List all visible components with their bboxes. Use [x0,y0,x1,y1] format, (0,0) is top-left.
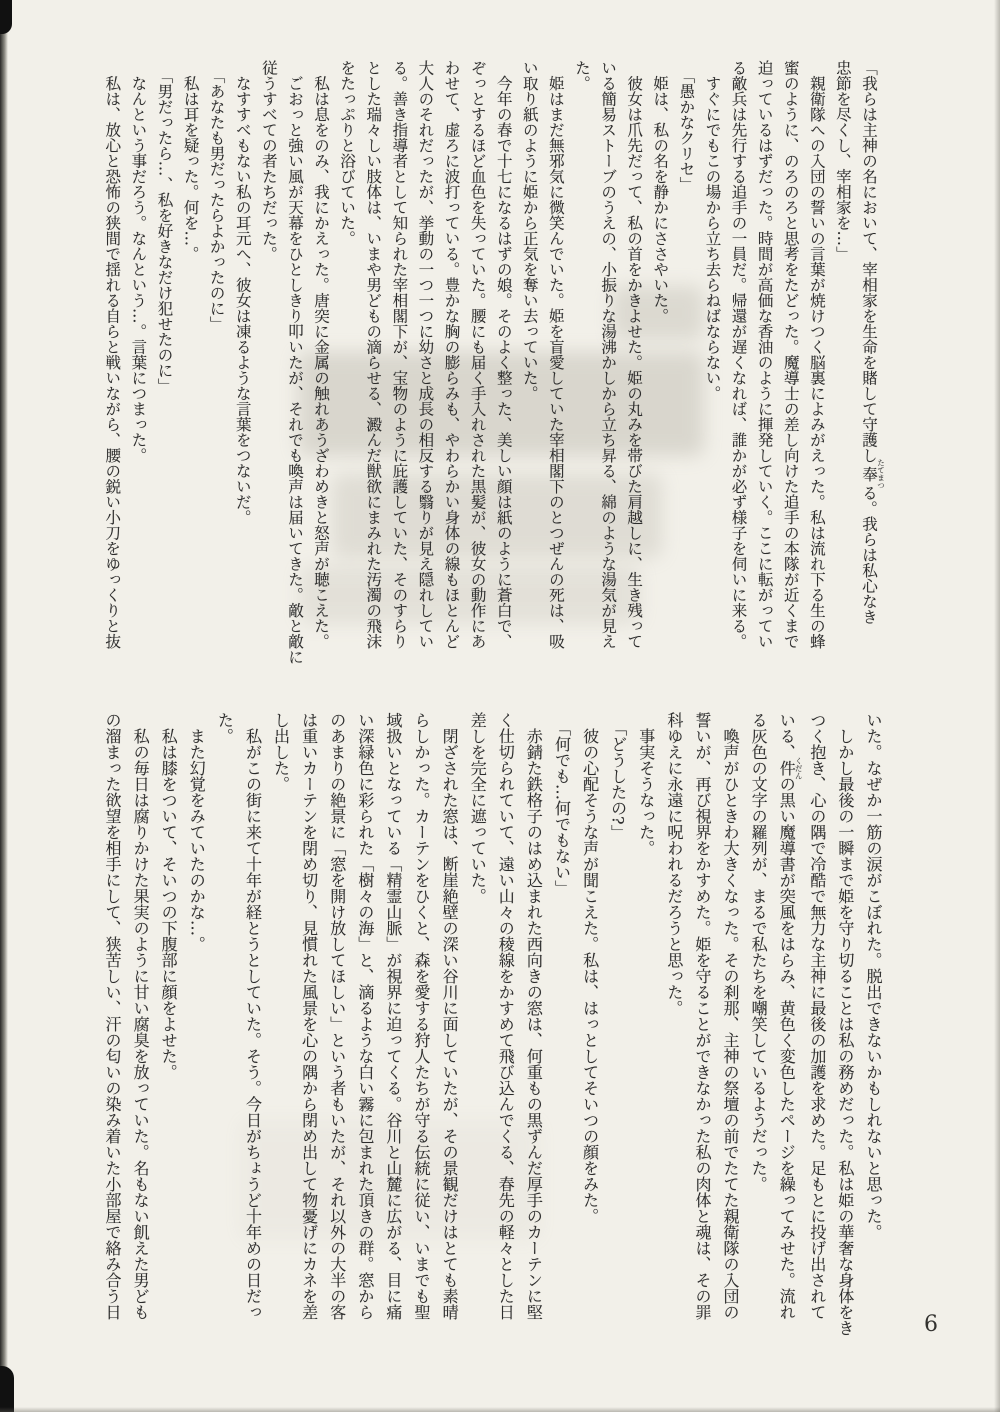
text-column: 私がこの街に来て十年が経とうとしていた。そう。今日がちょうど十年めの日だっ [238,712,266,1346]
text-column: し出した。 [266,712,294,1346]
text-block-bottom: いた。なぜか一筋の涙がこぼれた。脱出できないかもしれないと思った。 しかし最後の… [99,712,887,1346]
text-column: る灰色の文字の羅列が、まるで私たちを嘲笑しているようだった。 [744,712,772,1346]
text-column: のあまりの絶景に「窓を開け放してほしい」という者もいたが、それ以外の大半の客 [323,712,351,1346]
text-column: い深緑色に彩られた「樹々の海」と、滴るような白い霧に包まれた頂きの群。窓から [351,712,379,1346]
scan-edge-right [994,0,1000,1412]
text-column: 今年の春で十七になるはずの娘。そのよく整った、美しい顔は紙のように蒼白で、 [491,60,517,676]
text-column: 私は、放心と恐怖の狭間で揺れる自らと戦いながら、腰の鋭い小刀をゆっくりと抜 [101,60,125,676]
text-column: 従うすべての者たちだった。 [256,60,282,676]
text-column: 姫はまだ無邪気に微笑んでいた。姫を盲愛していた宰相閣下のとつぜんの死は、吸 [543,60,569,676]
scan-corner-top-left [0,0,12,34]
text-column: をたっぷりと浴びていた。 [334,60,360,676]
text-column: 喚声がひときわ大きくなった。その刹那、主神の祭壇の前でたてた親衛隊の入団の [716,712,744,1346]
text-column: の溜まった欲望を相手にして、狭苦しい、汗の匂いの染み着いた小部屋で絡み合う日 [99,712,126,1346]
text-column: なすすべもない私の耳元へ、彼女は凍るような言葉をつないだ。 [230,60,256,676]
text-column: ぞっとするほど血色を失っていた。腰にも届く手入れされた黒髪が、彼女の動作にあ [465,60,491,676]
text-column: また幻覚をみていたのかな…。 [182,712,210,1346]
text-column: いた。なぜか一筋の涙がこぼれた。脱出できないかもしれないと思った。 [859,712,887,1346]
text-column: 私の毎日は腐りかけた果実のように甘い腐臭を放っていた。名もない飢えた男ども [126,712,154,1346]
scan-edge-bottom [0,1407,1000,1412]
text-column: とした瑞々しい肢体は、いまや男どもの滴らせる、澱んだ獣欲にまみれた汚濁の飛沫 [360,60,386,676]
text-column: 親衛隊への入団の誓いの言葉が焼けつく脳裏によみがえった。私は流れ下る生の蜂 [804,60,830,676]
text-column: 「我らは主神の名において、宰相家を生命を賭して守護し奉たてまつる。我らは私心なき [856,60,885,676]
page-number: 6 [924,1312,938,1337]
text-column: らしかった。カーテンをひくと、森を愛する狩人たちが守る伝統に従い、いまでも聖 [407,712,435,1346]
text-column: 「何でも…何でもない」 [547,712,575,1346]
scan-edge-left [0,0,8,1412]
text-column: 迫っているはずだった。時間が高価な香油のように揮発していく。ここに転がってい [752,60,778,676]
text-block-top: 「我らは主神の名において、宰相家を生命を賭して守護し奉たてまつる。我らは私心なき… [101,60,885,676]
text-column: 赤錆た鉄格子のはめ込まれた西向きの窓は、何重もの黒ずんだ厚手のカーテンに堅 [519,712,547,1346]
text-column: 彼女は爪先だって、私の首をかきよせた。姫の丸みを帯びた肩越しに、生き残って [621,60,647,676]
text-column: ごおっと強い風が天幕をひとしきり叩いたが、それでも喚声は届いてきた。敵と敵に [282,60,308,676]
text-column: わせて、虚ろに波打っている。豊かな胸の膨らみも、やわらかい身体の線もほとんど [438,60,464,676]
text-column: 「あなたも男だったらよかったのに」 [204,60,230,676]
text-column: 私は息をのみ、我にかえった。唐突に金属の触れあうざわめきと怒声が聴こえた。 [308,60,334,676]
text-column: しかし最後の一瞬まで姫を守り切ることは私の務めだった。私は姫の華奢な身体をき [831,712,859,1346]
text-column: いる簡易ストーブのうえの、小振りな湯沸かしから立ち昇る、綿のような湯気が見え [595,60,621,676]
text-column: 差しを完全に遮っていた。 [463,712,491,1346]
text-column: い取り紙のように姫から正気を奪い去っていた。 [517,60,543,676]
text-column: く仕切られていて、遠い山々の稜線をかすめて飛び込んでくる、春先の軽々とした日 [491,712,519,1346]
text-column: すぐにでもこの場から立ち去らねばならない。 [699,60,725,676]
text-column: 科ゆえに永遠に呪われるだろうと思った。 [660,712,688,1346]
text-column: 事実そうなった。 [632,712,660,1346]
text-column: 「愚かなクリセ」 [673,60,699,676]
text-column: 蜜のように、のろのろと思考をたどった。魔導士の差し向けた追手の本隊が近くまで [778,60,804,676]
text-column: は重いカーテンを閉め切り、見慣れた風景を心の隅から閉め出して物憂げにカネを差 [295,712,323,1346]
text-column: なんという事だろう。なんという…。言葉につまった。 [125,60,151,676]
text-column: る敵兵は先行する追手の一員だ。帰還が遅くなれば、誰かが必ず様子を伺いに来る。 [725,60,751,676]
text-column: 私は耳を疑った。何を…。 [177,60,203,676]
text-column: 姫は、私の名を静かにささやいた。 [647,60,673,676]
text-column: 閉ざされた窓は、断崖絶壁の深い谷川に面していたが、その景観だけはとても素晴 [435,712,463,1346]
text-column: た。 [569,60,595,676]
scan-corner-bottom-left [0,1366,14,1412]
text-column: る。善き指導者として知られた宰相閣下が、宝物のように庇護していた、そのすらり [386,60,412,676]
text-column: 私は膝をついて、そいつの下腹部に顔をよせた。 [154,712,182,1346]
text-column: 域扱いとなっている「精霊山脈」が視界に迫ってくる。谷川と山麓に広がる、目に痛 [379,712,407,1346]
text-column: 大人のそれだったが、挙動の一つ一つに幼さと成長の相反する翳りが見え隠れしてい [412,60,438,676]
text-column: た。 [210,712,238,1346]
scanned-page: 「我らは主神の名において、宰相家を生命を賭して守護し奉たてまつる。我らは私心なき… [0,0,1000,1412]
text-column: つく抱き、心の隅で冷酷で無力な主神に最後の加護を求めた。足もとに投げ出されて [803,712,831,1346]
text-column: 彼の心配そうな声が聞こえた。私は、はっとしてそいつの顔をみた。 [575,712,603,1346]
text-column: 「男だったら…、私を好きなだけ犯せたのに」 [151,60,177,676]
text-column: 「どうしたの?」 [604,712,632,1346]
text-column: いる、件くだんの黒い魔導書が突風をはらみ、黄色く変色したページを繰ってみせた。流… [772,712,803,1346]
text-column: 忠節を尽くし、宰相家を…」 [830,60,856,676]
text-column: 誓いが、再び視界をかすめた。姫を守ることができなかった私の肉体と魂は、その罪 [688,712,716,1346]
